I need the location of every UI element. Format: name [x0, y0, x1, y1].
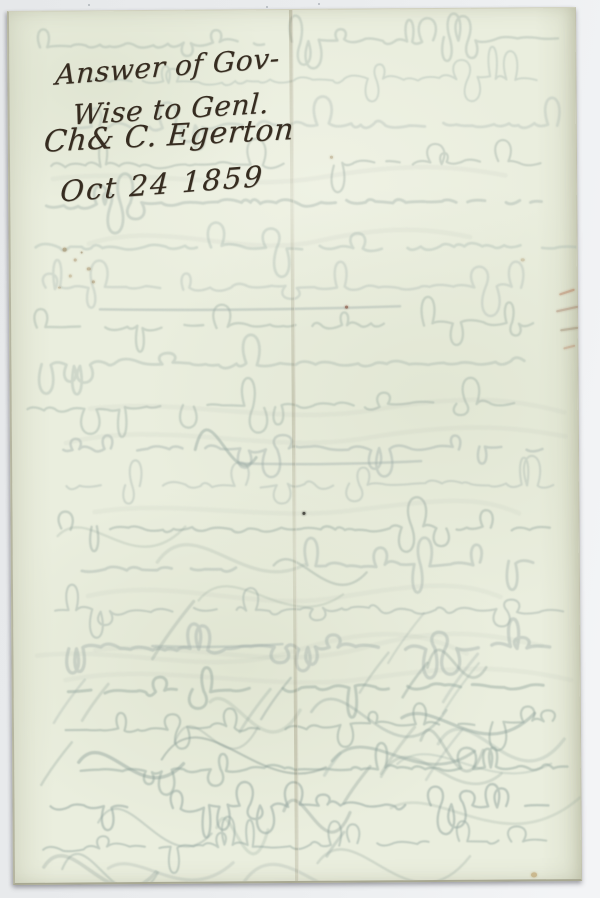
ink-annotation: Answer of Gov- Wise to Genl. Ch& C. Eger… — [9, 8, 581, 883]
annotation-date-line: Oct 24 1859 — [59, 159, 265, 209]
scanned-document-screenshot: { "document": { "kind": "scanned manuscr… — [0, 0, 600, 898]
dust-speck — [88, 4, 90, 6]
annotation-line-1: Answer of Gov- — [55, 42, 281, 92]
manuscript-page: Answer of Gov- Wise to Genl. Ch& C. Eger… — [7, 7, 582, 885]
scanner-bed: Answer of Gov- Wise to Genl. Ch& C. Eger… — [0, 0, 600, 898]
dust-speck — [266, 6, 268, 8]
dust-speck — [318, 3, 320, 5]
